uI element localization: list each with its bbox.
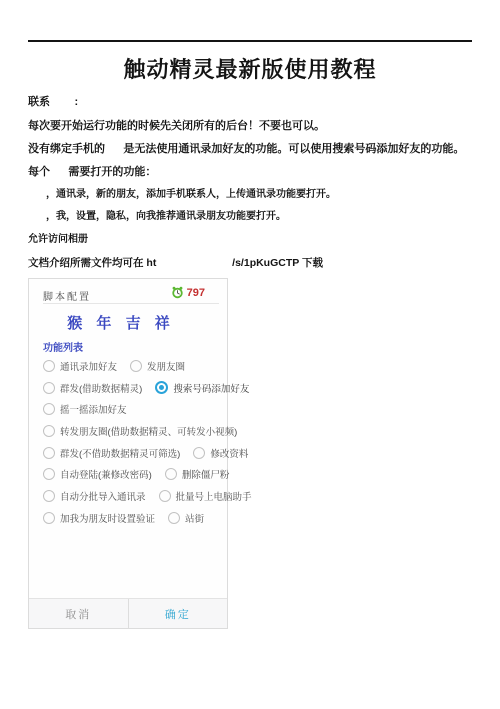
radio-button[interactable]	[43, 468, 55, 480]
radio-button[interactable]	[43, 382, 55, 394]
option-row: 群发(借助数据精灵) 搜索号码添加好友	[43, 377, 223, 399]
note-allow-album: 允许访问相册	[28, 233, 486, 247]
radio-option-label: 群发(借助数据精灵)	[60, 381, 142, 395]
radio-option-label: 群发(不借助数据精灵可筛选)	[60, 446, 180, 460]
paragraph-bind-phone: 没有绑定手机的 是无法使用通讯录加好友的功能。可以使用搜索号码添加好友的功能。	[28, 142, 486, 156]
confirm-button[interactable]: 确定	[129, 599, 228, 628]
radio-option[interactable]: 转发朋友圈(借助数据精灵、可转发小视频)	[43, 424, 237, 438]
option-row: 群发(不借助数据精灵可筛选) 修改资料	[43, 442, 223, 464]
radio-option[interactable]: 摇一摇添加好友	[43, 402, 127, 416]
radio-option-label: 修改资料	[210, 446, 248, 460]
feature-list-label: 功能列表	[43, 339, 83, 354]
timer-badge: 797	[171, 286, 205, 299]
radio-button[interactable]	[159, 490, 171, 502]
alarm-clock-icon	[171, 286, 184, 299]
radio-option-label: 加我为朋友时设置验证	[60, 511, 155, 525]
option-row: 加我为朋友时设置验证 站街	[43, 507, 223, 529]
feature-option-list: 通讯录加好友 发朋友圈 群发(借助数据精灵) 搜索号码添加好友 摇一摇添加好友	[43, 355, 223, 529]
cancel-button[interactable]: 取消	[29, 599, 129, 628]
radio-option-label: 删除僵尸粉	[182, 467, 230, 481]
radio-option[interactable]: 通讯录加好友	[43, 359, 117, 373]
option-row: 摇一摇添加好友	[43, 398, 223, 420]
radio-option-label: 转发朋友圈(借助数据精灵、可转发小视频)	[60, 424, 237, 438]
dialog-header-divider	[43, 303, 219, 304]
document-page: { "document": { "title": "触动精灵最新版使用教程", …	[0, 0, 500, 709]
radio-option[interactable]: 群发(不借助数据精灵可筛选)	[43, 446, 180, 460]
banner-text: 猴 年 吉 祥	[29, 312, 213, 333]
radio-option[interactable]: 发朋友圈	[130, 359, 185, 373]
radio-option-label: 自动分批导入通讯录	[60, 489, 146, 503]
radio-option[interactable]: 群发(借助数据精灵)	[43, 381, 142, 395]
option-row: 自动分批导入通讯录 批量号上电脑助手	[43, 485, 223, 507]
radio-option[interactable]: 修改资料	[193, 446, 248, 460]
paragraph-required-features: 每个 需要打开的功能：	[28, 165, 486, 179]
radio-button[interactable]	[43, 360, 55, 372]
radio-option-label: 自动登陆(兼修改密码)	[60, 467, 152, 481]
script-config-dialog: 脚本配置 797 猴 年 吉 祥 功能列表 通讯录加好友 发朋友圈	[28, 278, 228, 629]
radio-option[interactable]: 站街	[168, 511, 204, 525]
radio-option-label: 批量号上电脑助手	[176, 489, 252, 503]
radio-option-label: 搜索号码添加好友	[173, 381, 249, 395]
radio-button[interactable]	[43, 403, 55, 415]
radio-button[interactable]	[168, 512, 180, 524]
radio-button[interactable]	[43, 447, 55, 459]
radio-option[interactable]: 自动登陆(兼修改密码)	[43, 467, 152, 481]
radio-button[interactable]	[130, 360, 142, 372]
radio-option-label: 通讯录加好友	[60, 359, 117, 373]
paragraph-close-background: 每次要开始运行功能的时候先关闭所有的后台！不要也可以。	[28, 119, 486, 133]
title-top-rule	[28, 40, 472, 42]
radio-button[interactable]	[43, 425, 55, 437]
radio-option[interactable]: 删除僵尸粉	[165, 467, 230, 481]
option-row: 通讯录加好友 发朋友圈	[43, 355, 223, 377]
radio-button[interactable]	[43, 512, 55, 524]
radio-option[interactable]: 自动分批导入通讯录	[43, 489, 146, 503]
timer-count: 797	[187, 287, 205, 299]
radio-option[interactable]: 加我为朋友时设置验证	[43, 511, 155, 525]
download-line: 文档介绍所需文件均可在 ht /s/1pKuGCTP 下载	[28, 256, 486, 270]
page-title: 触动精灵最新版使用教程	[0, 53, 500, 84]
contact-line: 联系 :	[28, 95, 486, 109]
radio-button[interactable]	[165, 468, 177, 480]
option-row: 自动登陆(兼修改密码) 删除僵尸粉	[43, 463, 223, 485]
dialog-title: 脚本配置	[43, 288, 91, 303]
radio-option-label: 发朋友圈	[147, 359, 185, 373]
option-row: 转发朋友圈(借助数据精灵、可转发小视频)	[43, 420, 223, 442]
radio-option[interactable]: 搜索号码添加好友	[155, 381, 249, 395]
dialog-footer: 取消 确定	[29, 598, 227, 628]
radio-option-label: 站街	[185, 511, 204, 525]
radio-button[interactable]	[193, 447, 205, 459]
sub-item-privacy: ，我，设置，隐私，向我推荐通讯录朋友功能要打开。	[46, 210, 486, 224]
radio-button[interactable]	[43, 490, 55, 502]
radio-option-label: 摇一摇添加好友	[60, 402, 127, 416]
radio-option[interactable]: 批量号上电脑助手	[159, 489, 252, 503]
sub-item-contacts: ，通讯录，新的朋友，添加手机联系人，上传通讯录功能要打开。	[46, 188, 486, 202]
radio-button-selected[interactable]	[155, 381, 168, 394]
